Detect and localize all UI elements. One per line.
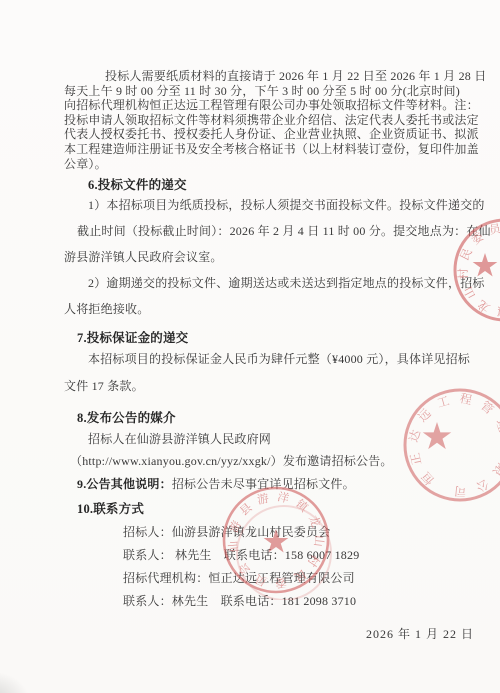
section-10-heading: 10.联系方式 [77,499,500,517]
text-line: 人将拒绝接收。 [64,296,500,322]
section-7: 7.投标保证金的递交 [0,328,500,346]
text-line: 代表人授权委托书、授权委托人身份证、企业营业执照、企业资质证书、拟派 [64,127,500,142]
agency-line: 招标代理机构：恒正达远工程管理有限公司 [123,567,500,590]
announcement-url-line: （http://www.xianyou.gov.cn/yyz/xxgk/）发布邀… [70,450,500,472]
intro-paragraph: 投标人需要纸质材料的直接请于 2026 年 1 月 22 日至 2026 年 1… [0,69,500,171]
section-7-body: 本招标项目的投标保证金人民币为肆仟元整（¥4000 元），具体详见招标 文件 1… [0,346,500,400]
contact-block: 招标人：仙游县游洋镇龙山村民委员会 联系人： 林先生 联系电话：158 6007… [0,521,500,613]
text-line: 1）本招标项目为纸质投标，投标人须提交书面投标文件。投标文件递交的 [88,192,500,218]
text-line: 向招标代理机构恒正达远工程管理有限公司办事处领取招标文件等材料。注： [64,98,500,113]
text-line: 游县游洋镇人民政府会议室。 [64,244,500,270]
section-7-heading: 7.投标保证金的递交 [77,328,500,346]
section-8-heading: 8.发布公告的媒介 [77,408,500,426]
scan-corner-shadow [0,671,30,693]
text-line: 截止时间（投标截止时间）：2026 年 2 月 4 日 11 时 00 分。提交… [77,218,500,244]
section-8: 8.发布公告的媒介 [0,408,500,426]
document-page: 投标人需要纸质材料的直接请于 2026 年 1 月 22 日至 2026 年 1… [0,0,500,693]
text-line: 2）逾期递交的投标文件、逾期送达或未送达到指定地点的投标文件，招标 [88,270,500,296]
section-6-heading: 6.投标文件的递交 [88,175,500,193]
text-line: 每天上午 9 时 00 分至 11 时 30 分，下午 3 时 00 分至 5 … [64,84,500,99]
section-9-text: 招标公告未尽事宜详见招标文件。 [172,477,355,491]
text-line: 投标人需要纸质材料的直接请于 2026 年 1 月 22 日至 2026 年 1… [105,69,500,84]
section-9: 9.公告其他说明：招标公告未尽事宜详见招标文件。 [0,475,500,492]
text-line: 9.公告其他说明：招标公告未尽事宜详见招标文件。 [77,475,500,492]
section-8-body: 招标人在仙游县游洋镇人民政府网 （http://www.xianyou.gov.… [0,428,500,472]
document-date: 2026 年 1 月 22 日 [366,625,474,642]
text-line: 投标申请人领取招标文件等材料须携带企业介绍信、法定代表人委托书或法定 [64,113,500,128]
section-10: 10.联系方式 [0,499,500,517]
text-line: 招标人在仙游县游洋镇人民政府网 [88,428,500,450]
text-line: 本工程建造师注册证书及安全考核合格证书（以上材料装订壹份，复印件加盖 [64,142,500,157]
tenderer-line: 招标人：仙游县游洋镇龙山村民委员会 [123,521,500,544]
agency-contact-line: 联系人：林先生 联系电话：181 2098 3710 [123,590,500,613]
text-line: 公章）。 [64,157,500,172]
section-6: 6.投标文件的递交 [0,175,500,193]
section-6-body: 1）本招标项目为纸质投标，投标人须提交书面投标文件。投标文件递交的 截止时间（投… [0,192,500,322]
text-line: 文件 17 条款。 [64,373,500,400]
section-9-heading: 9.公告其他说明： [77,477,172,491]
text-line: 本招标项目的投标保证金人民币为肆仟元整（¥4000 元），具体详见招标 [88,346,500,373]
tenderer-contact-line: 联系人： 林先生 联系电话：158 6007 1829 [123,544,500,567]
